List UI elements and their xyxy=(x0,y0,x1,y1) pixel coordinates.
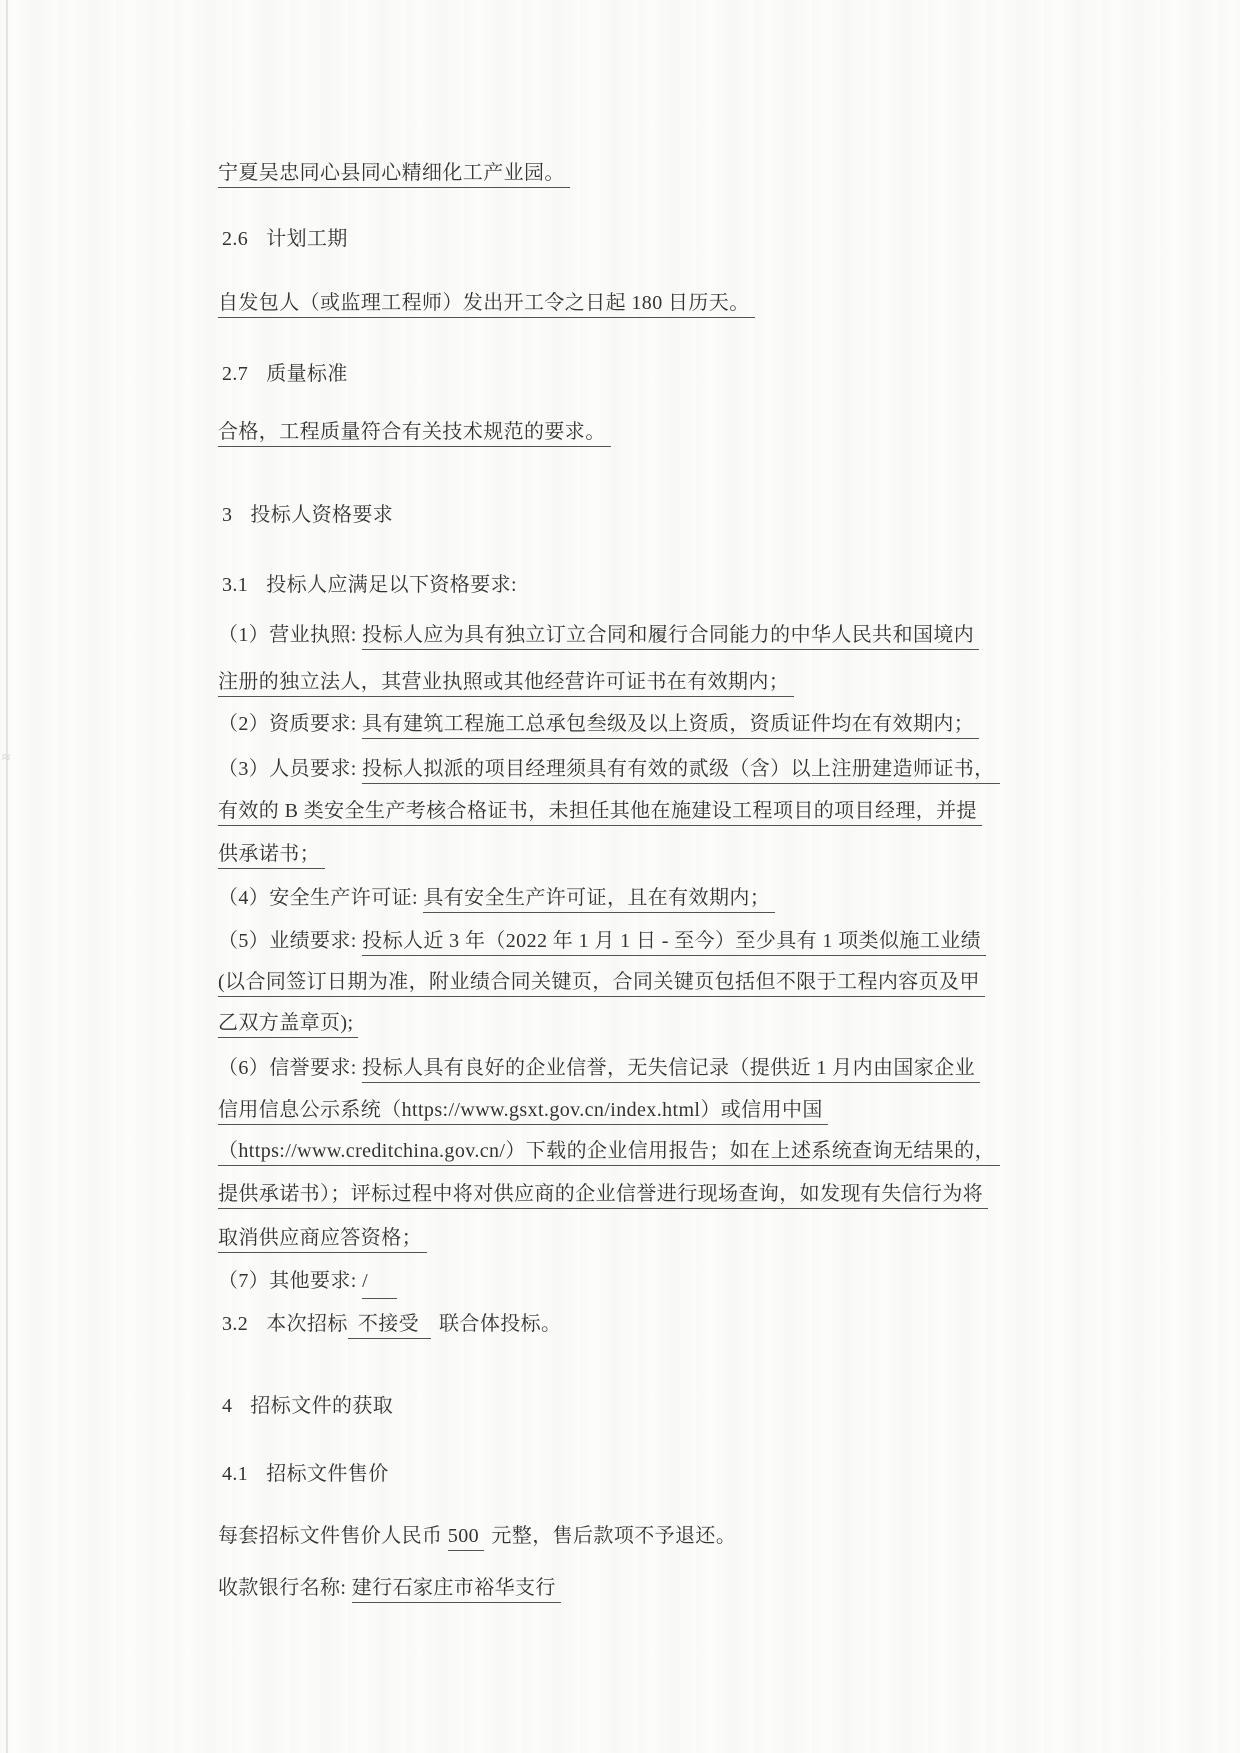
requirement-item-6-line-3: （https://www.creditchina.gov.cn/）下载的企业信用… xyxy=(218,1138,1000,1165)
section-heading-4: 4招标文件的获取 xyxy=(222,1393,393,1420)
requirement-item-5-line-1: （5）业绩要求: 投标人近 3 年（2022 年 1 月 1 日 - 至今）至少… xyxy=(218,928,986,955)
scan-smudge-artifact: ≈ xyxy=(2,750,10,767)
requirement-item-6-line-2: 信用信息公示系统（https://www.gsxt.gov.cn/index.h… xyxy=(218,1097,828,1124)
requirement-item-3-line-3: 供承诺书； xyxy=(218,841,325,868)
requirement-item-1-line-2: 注册的独立法人，其营业执照或其他经营许可证书在有效期内； xyxy=(218,669,794,696)
section-heading-3-1: 3.1投标人应满足以下资格要求: xyxy=(222,572,517,599)
section-heading-2-7: 2.7质量标准 xyxy=(222,361,348,388)
scan-edge-artifact xyxy=(6,0,8,1753)
requirement-item-5-line-2: (以合同签订日期为准，附业绩合同关键页，合同关键页包括但不限于工程内容页及甲 xyxy=(218,969,985,996)
section-heading-3: 3投标人资格要求 xyxy=(222,502,393,529)
requirement-item-4-line: （4）安全生产许可证: 具有安全生产许可证，且在有效期内； xyxy=(218,885,775,912)
requirement-item-1-line-1: （1）营业执照: 投标人应为具有独立订立合同和履行合同能力的中华人民共和国境内 xyxy=(218,622,979,649)
section-heading-4-1: 4.1招标文件售价 xyxy=(222,1461,389,1488)
requirement-item-6-line-1: （6）信誉要求: 投标人具有良好的企业信誉，无失信记录（提供近 1 月内由国家企… xyxy=(218,1055,980,1082)
document-price-line: 每套招标文件售价人民币 500 元整，售后款项不予退还。 xyxy=(218,1523,736,1550)
section-heading-2-6: 2.6计划工期 xyxy=(222,226,348,253)
requirement-item-6-line-5: 取消供应商应答资格； xyxy=(218,1225,427,1252)
requirement-item-2-line: （2）资质要求: 具有建筑工程施工总承包叁级及以上资质，资质证件均在有效期内； xyxy=(218,711,979,738)
section-3-2-consortium-line: 3.2本次招标不接受联合体投标。 xyxy=(222,1311,561,1338)
project-location-value-line: 宁夏吴忠同心县同心精细化工产业园。 xyxy=(218,160,570,187)
requirement-item-3-line-1: （3）人员要求: 投标人拟派的项目经理须具有有效的贰级（含）以上注册建造师证书， xyxy=(218,756,1000,783)
planned-duration-value-line: 自发包人（或监理工程师）发出开工令之日起 180 日历天。 xyxy=(218,290,755,317)
document-page: ≈ 宁夏吴忠同心县同心精细化工产业园。 2.6计划工期 自发包人（或监理工程师）… xyxy=(0,0,1240,1753)
requirement-item-5-line-3: 乙双方盖章页); xyxy=(218,1010,358,1037)
quality-standard-value-line: 合格，工程质量符合有关技术规范的要求。 xyxy=(218,419,611,446)
requirement-item-7-line: （7）其他要求: / xyxy=(218,1268,397,1299)
requirement-item-3-line-2: 有效的 B 类安全生产考核合格证书，未担任其他在施建设工程项目的项目经理，并提 xyxy=(218,798,982,825)
receiving-bank-line: 收款银行名称: 建行石家庄市裕华支行 xyxy=(218,1575,561,1602)
requirement-item-6-line-4: 提供承诺书）；评标过程中将对供应商的企业信誉进行现场查询，如发现有失信行为将 xyxy=(218,1181,988,1208)
